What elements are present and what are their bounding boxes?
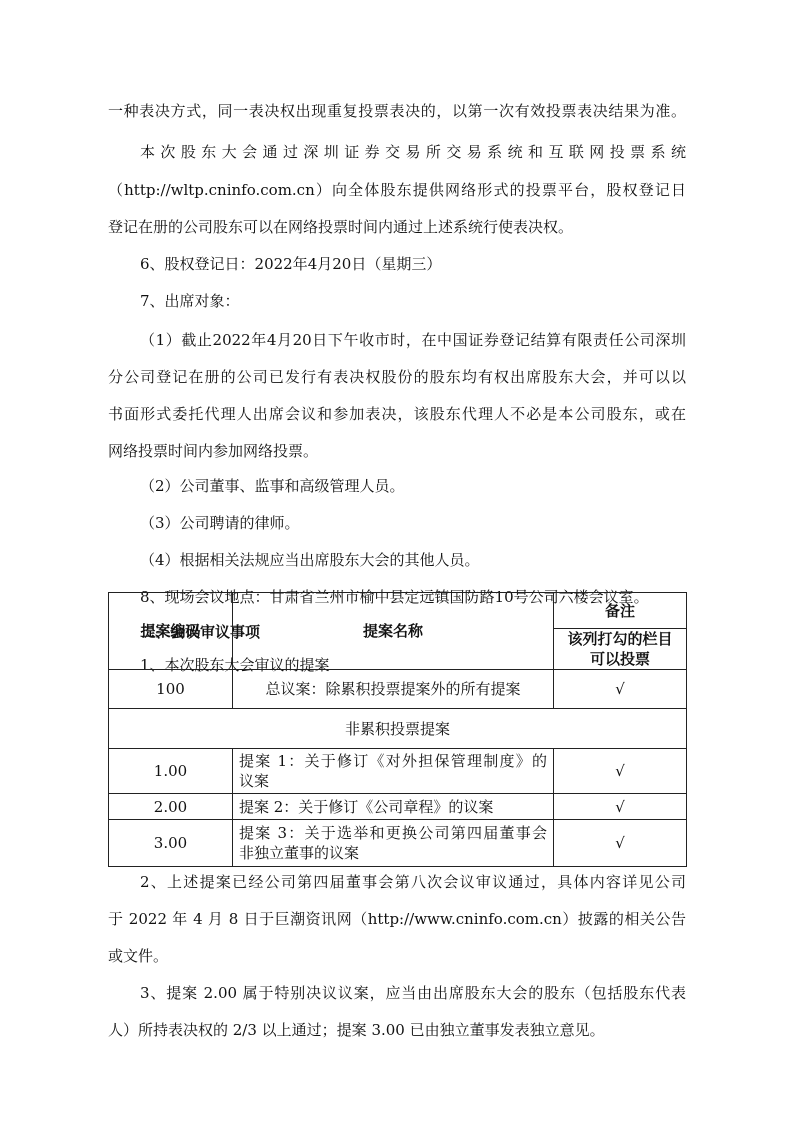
paragraph-voting-rule: 一种表决方式，同一表决权出现重复投票表决的，以第一次有效投票表决结果为准。 [108, 101, 686, 121]
attendees-item2: （2）公司董事、监事和高级管理人员。 [140, 476, 686, 496]
approval-note-line1: 2、上述提案已经公司第四届董事会第八次会议审议通过，具体内容详见公司 [140, 872, 686, 892]
attendees-item1-line4: 网络投票时间内参加网络投票。 [108, 441, 686, 461]
table-row: 2.00 提案 2：关于修订《公司章程》的议案 √ [109, 794, 687, 820]
row-code: 100 [109, 670, 233, 709]
row-code: 2.00 [109, 794, 233, 820]
attendees-item4: （4）根据相关法规应当出席股东大会的其他人员。 [140, 550, 686, 570]
row-name-line2: 非独立董事的议案 [239, 843, 547, 863]
header-remark-sub: 该列打勾的栏目 可以投票 [554, 629, 687, 670]
header-remark: 备注 [554, 593, 687, 629]
table-row: 1.00 提案 1：关于修订《对外担保管理制度》的 议案 √ [109, 749, 687, 794]
table-row-total: 100 总议案：除累积投票提案外的所有提案 √ [109, 670, 687, 709]
header-remark-sub-line1: 该列打勾的栏目 [560, 629, 680, 649]
row-name: 总议案：除累积投票提案外的所有提案 [233, 670, 554, 709]
row-name: 提案 3：关于选举和更换公司第四届董事会 非独立董事的议案 [233, 820, 554, 867]
paragraph-voting-platform-line1: 本次股东大会通过深圳证券交易所交易系统和互联网投票系统 [140, 142, 686, 162]
approval-note-line3: 或文件。 [108, 946, 686, 966]
row-name-line2: 议案 [239, 771, 547, 791]
special-resolution-line2: 人）所持表决权的 2/3 以上通过；提案 3.00 已由独立董事发表独立意见。 [108, 1020, 686, 1040]
attendees-item1-line2: 分公司登记在册的公司已发行有表决权股份的股东均有权出席股东大会，并可以以 [108, 367, 686, 387]
check-mark-icon: √ [554, 820, 687, 867]
paragraph-voting-platform-line3: 登记在册的公司股东可以在网络投票时间内通过上述系统行使表决权。 [108, 217, 686, 237]
check-mark-icon: √ [554, 794, 687, 820]
proposals-table: 提案编码 提案名称 备注 该列打勾的栏目 可以投票 100 总议案：除累积投票提… [108, 592, 687, 867]
record-date: 6、股权登记日：2022年4月20日（星期三） [140, 254, 686, 274]
table-group-row: 非累积投票提案 [109, 709, 687, 749]
check-mark-icon: √ [554, 670, 687, 709]
attendees-item1-line1: （1）截止2022年4月20日下午收市时，在中国证券登记结算有限责任公司深圳 [140, 330, 686, 350]
row-code: 3.00 [109, 820, 233, 867]
attendees-item1-line3: 书面形式委托代理人出席会议和参加表决，该股东代理人不必是本公司股东，或在 [108, 404, 686, 424]
table-row: 3.00 提案 3：关于选举和更换公司第四届董事会 非独立董事的议案 √ [109, 820, 687, 867]
attendees-item3: （3）公司聘请的律师。 [140, 513, 686, 533]
row-name: 提案 2：关于修订《公司章程》的议案 [233, 794, 554, 820]
row-name: 提案 1：关于修订《对外担保管理制度》的 议案 [233, 749, 554, 794]
row-name-line1: 提案 1：关于修订《对外担保管理制度》的 [239, 751, 547, 771]
row-name-line1: 提案 3：关于选举和更换公司第四届董事会 [239, 823, 547, 843]
header-remark-sub-line2: 可以投票 [560, 649, 680, 669]
group-label: 非累积投票提案 [109, 709, 687, 749]
attendees-heading: 7、出席对象： [140, 291, 686, 311]
paragraph-voting-platform-line2: （http://wltp.cninfo.com.cn）向全体股东提供网络形式的投… [108, 180, 686, 200]
header-proposal-name: 提案名称 [233, 593, 554, 670]
special-resolution-line1: 3、提案 2.00 属于特别决议议案，应当由出席股东大会的股东（包括股东代表 [140, 983, 686, 1003]
header-proposal-code: 提案编码 [109, 593, 233, 670]
check-mark-icon: √ [554, 749, 687, 794]
document-page: 一种表决方式，同一表决权出现重复投票表决的，以第一次有效投票表决结果为准。 本次… [0, 0, 793, 1122]
row-code: 1.00 [109, 749, 233, 794]
approval-note-line2: 于 2022 年 4 月 8 日于巨潮资讯网（http://www.cninfo… [108, 909, 686, 929]
